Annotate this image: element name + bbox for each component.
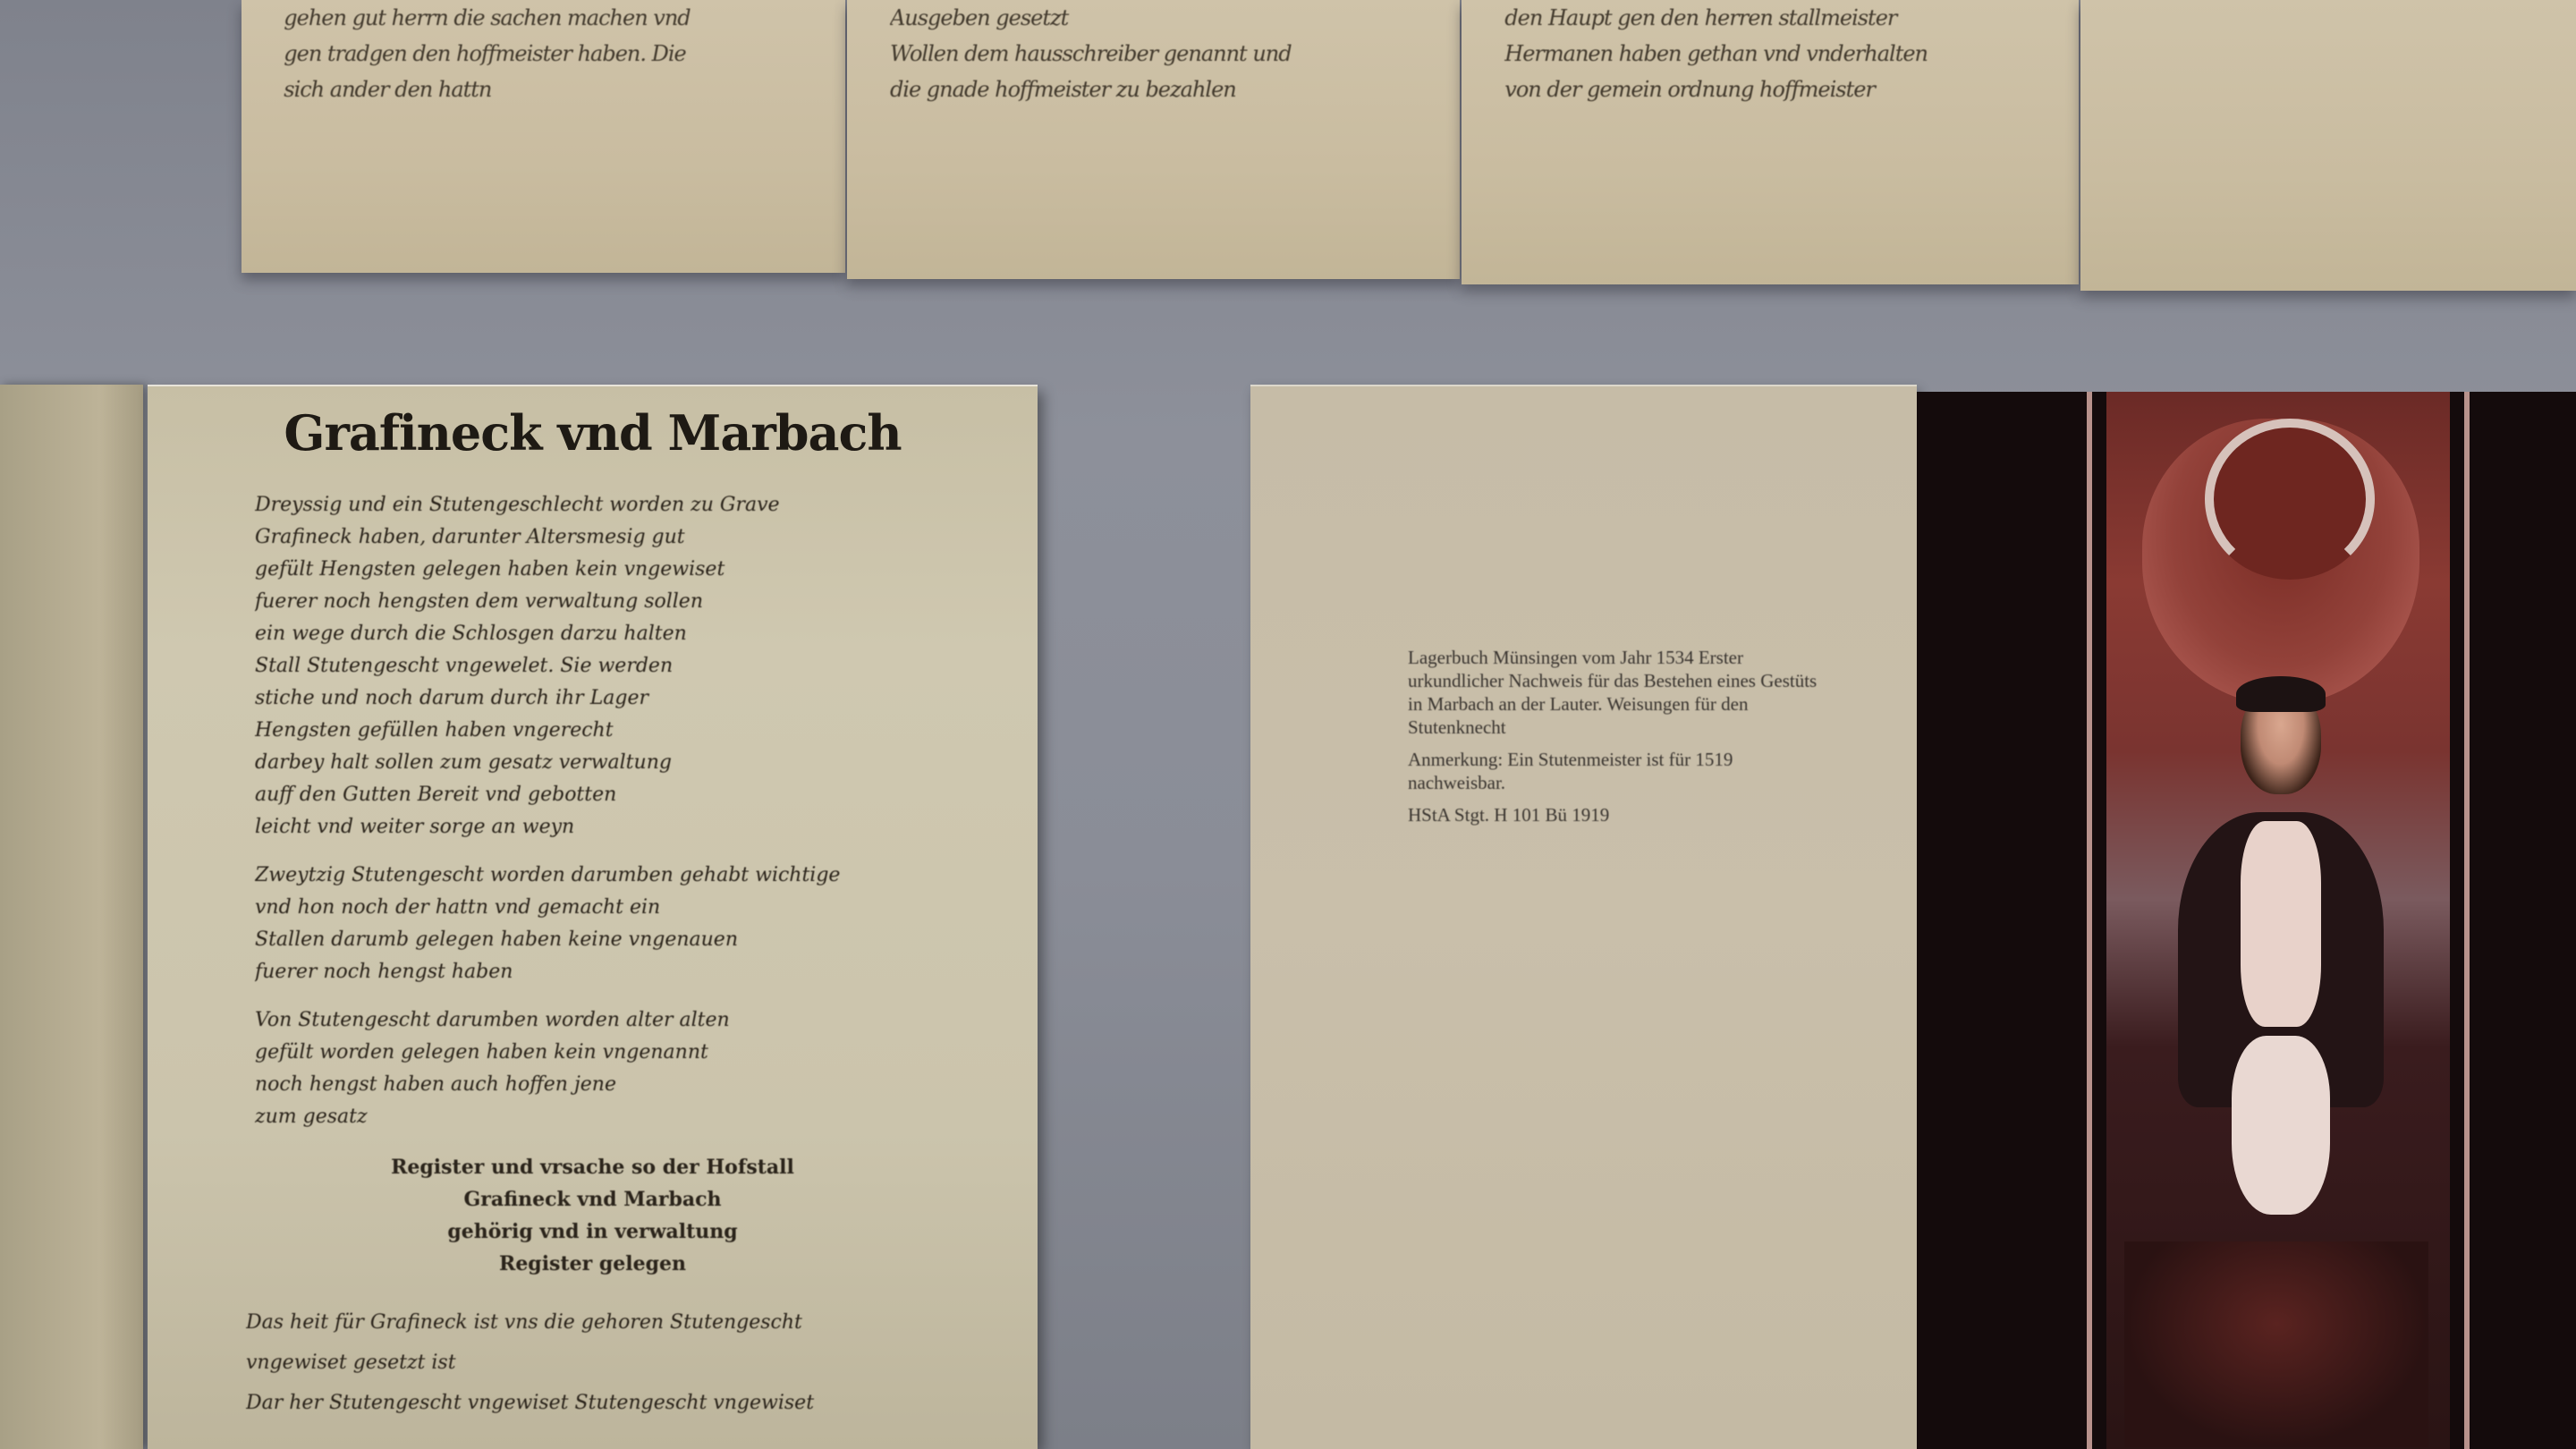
manuscript-tail: Das heit für Grafineck ist vns die gehor… [246,1299,930,1428]
manuscript-paragraph: Von Stutengescht darumben worden alter a… [255,1004,930,1133]
strip-handwriting: sich ander den hattn [284,72,809,107]
strip-handwriting: Wollen dem hausschreiber genannt und [890,36,1423,72]
manuscript-line: auff den Gutten Bereit vnd gebotten [255,779,930,811]
manuscript-line: darbey halt sollen zum gesatz verwaltung [255,747,930,779]
manuscript-line: stiche und noch darum durch ihr Lager [255,682,930,715]
manuscript-strip-3: den Haupt gen den herren stallmeister He… [1462,0,2079,284]
manuscript-paragraph: Zweytzig Stutengescht worden darumben ge… [255,860,930,988]
partial-manuscript-page [0,385,143,1449]
strip-handwriting: Hermanen haben gethan vnd vnderhalten [1504,36,2041,72]
manuscript-line: fuerer noch hengst haben [255,956,930,988]
manuscript-strip-2: Ausgeben gesetzt Wollen dem hausschreibe… [847,0,1460,279]
manuscript-line: Das heit für Grafineck ist vns die gehor… [246,1299,930,1347]
strip-handwriting: den Haupt gen den herren stallmeister [1504,0,2041,36]
strip-handwriting: von der gemein ordnung hoffmeister [1504,72,2041,107]
manuscript-line: ein wege durch die Schlosgen darzu halte… [255,618,930,650]
manuscript-line: Hengsten gefüllen haben vngerecht [255,715,930,747]
signature-line: gehörig vnd in verwaltung [300,1216,885,1248]
portrait-border [2087,392,2470,1449]
strip-handwriting: gen tradgen den hoffmeister haben. Die [284,36,809,72]
manuscript-line: Stall Stutengescht vngewelet. Sie werden [255,650,930,682]
manuscript-page: Grafineck vnd Marbach Dreyssig und ein S… [148,386,1038,1449]
manuscript-strip-4 [2080,0,2576,291]
manuscript-body: Dreyssig und ein Stutengeschlecht worden… [255,489,930,1149]
signature-line: Register gelegen [300,1248,885,1280]
manuscript-line: Zweytzig Stutengescht worden darumben ge… [255,860,930,892]
portrait-frame [1917,392,2576,1449]
strip-handwriting: Ausgeben gesetzt [890,0,1423,36]
label-note: Anmerkung: Ein Stutenmeister ist für 151… [1408,748,1828,794]
manuscript-strip-1: gehen gut herrn die sachen machen vnd ge… [241,0,845,273]
strip-handwriting: die gnade hoffmeister zu bezahlen [890,72,1423,107]
label-archive-reference: HStA Stgt. H 101 Bü 1919 [1408,803,1828,826]
manuscript-line: Dreyssig und ein Stutengeschlecht worden… [255,489,930,521]
manuscript-line: fuerer noch hengsten dem verwaltung soll… [255,586,930,618]
manuscript-line: zum gesatz [255,1101,930,1133]
label-text: Lagerbuch Münsingen vom Jahr 1534 Erster… [1408,646,1828,835]
manuscript-line: vngewiset gesetzt ist [246,1347,930,1379]
signature-line: Register und vrsache so der Hofstall [300,1151,885,1183]
manuscript-line: Von Stutengescht darumben worden alter a… [255,1004,930,1037]
exhibit-label-card: Lagerbuch Münsingen vom Jahr 1534 Erster… [1250,386,1917,1449]
manuscript-line: leicht vnd weiter sorge an weyn [255,811,930,843]
manuscript-line: noch hengst haben auch hoffen jene [255,1069,930,1101]
manuscript-line: gefült Hengsten gelegen haben kein vngew… [255,554,930,586]
signature-line: Grafineck vnd Marbach [300,1183,885,1216]
manuscript-line: Grafineck haben, darunter Altersmesig gu… [255,521,930,554]
manuscript-title: Grafineck vnd Marbach [148,404,1038,462]
manuscript-line: vnd hon noch der hattn vnd gemacht ein [255,892,930,924]
label-description: Lagerbuch Münsingen vom Jahr 1534 Erster… [1408,646,1828,739]
manuscript-line: Stallen darumb gelegen haben keine vngen… [255,924,930,956]
manuscript-line: Dar her Stutengescht vngewiset Stutenges… [246,1379,930,1428]
strip-handwriting: gehen gut herrn die sachen machen vnd [284,0,809,36]
manuscript-line: gefült worden gelegen haben kein vngenan… [255,1037,930,1069]
manuscript-signature-block: Register und vrsache so der Hofstall Gra… [300,1151,885,1280]
manuscript-paragraph: Dreyssig und ein Stutengeschlecht worden… [255,489,930,843]
